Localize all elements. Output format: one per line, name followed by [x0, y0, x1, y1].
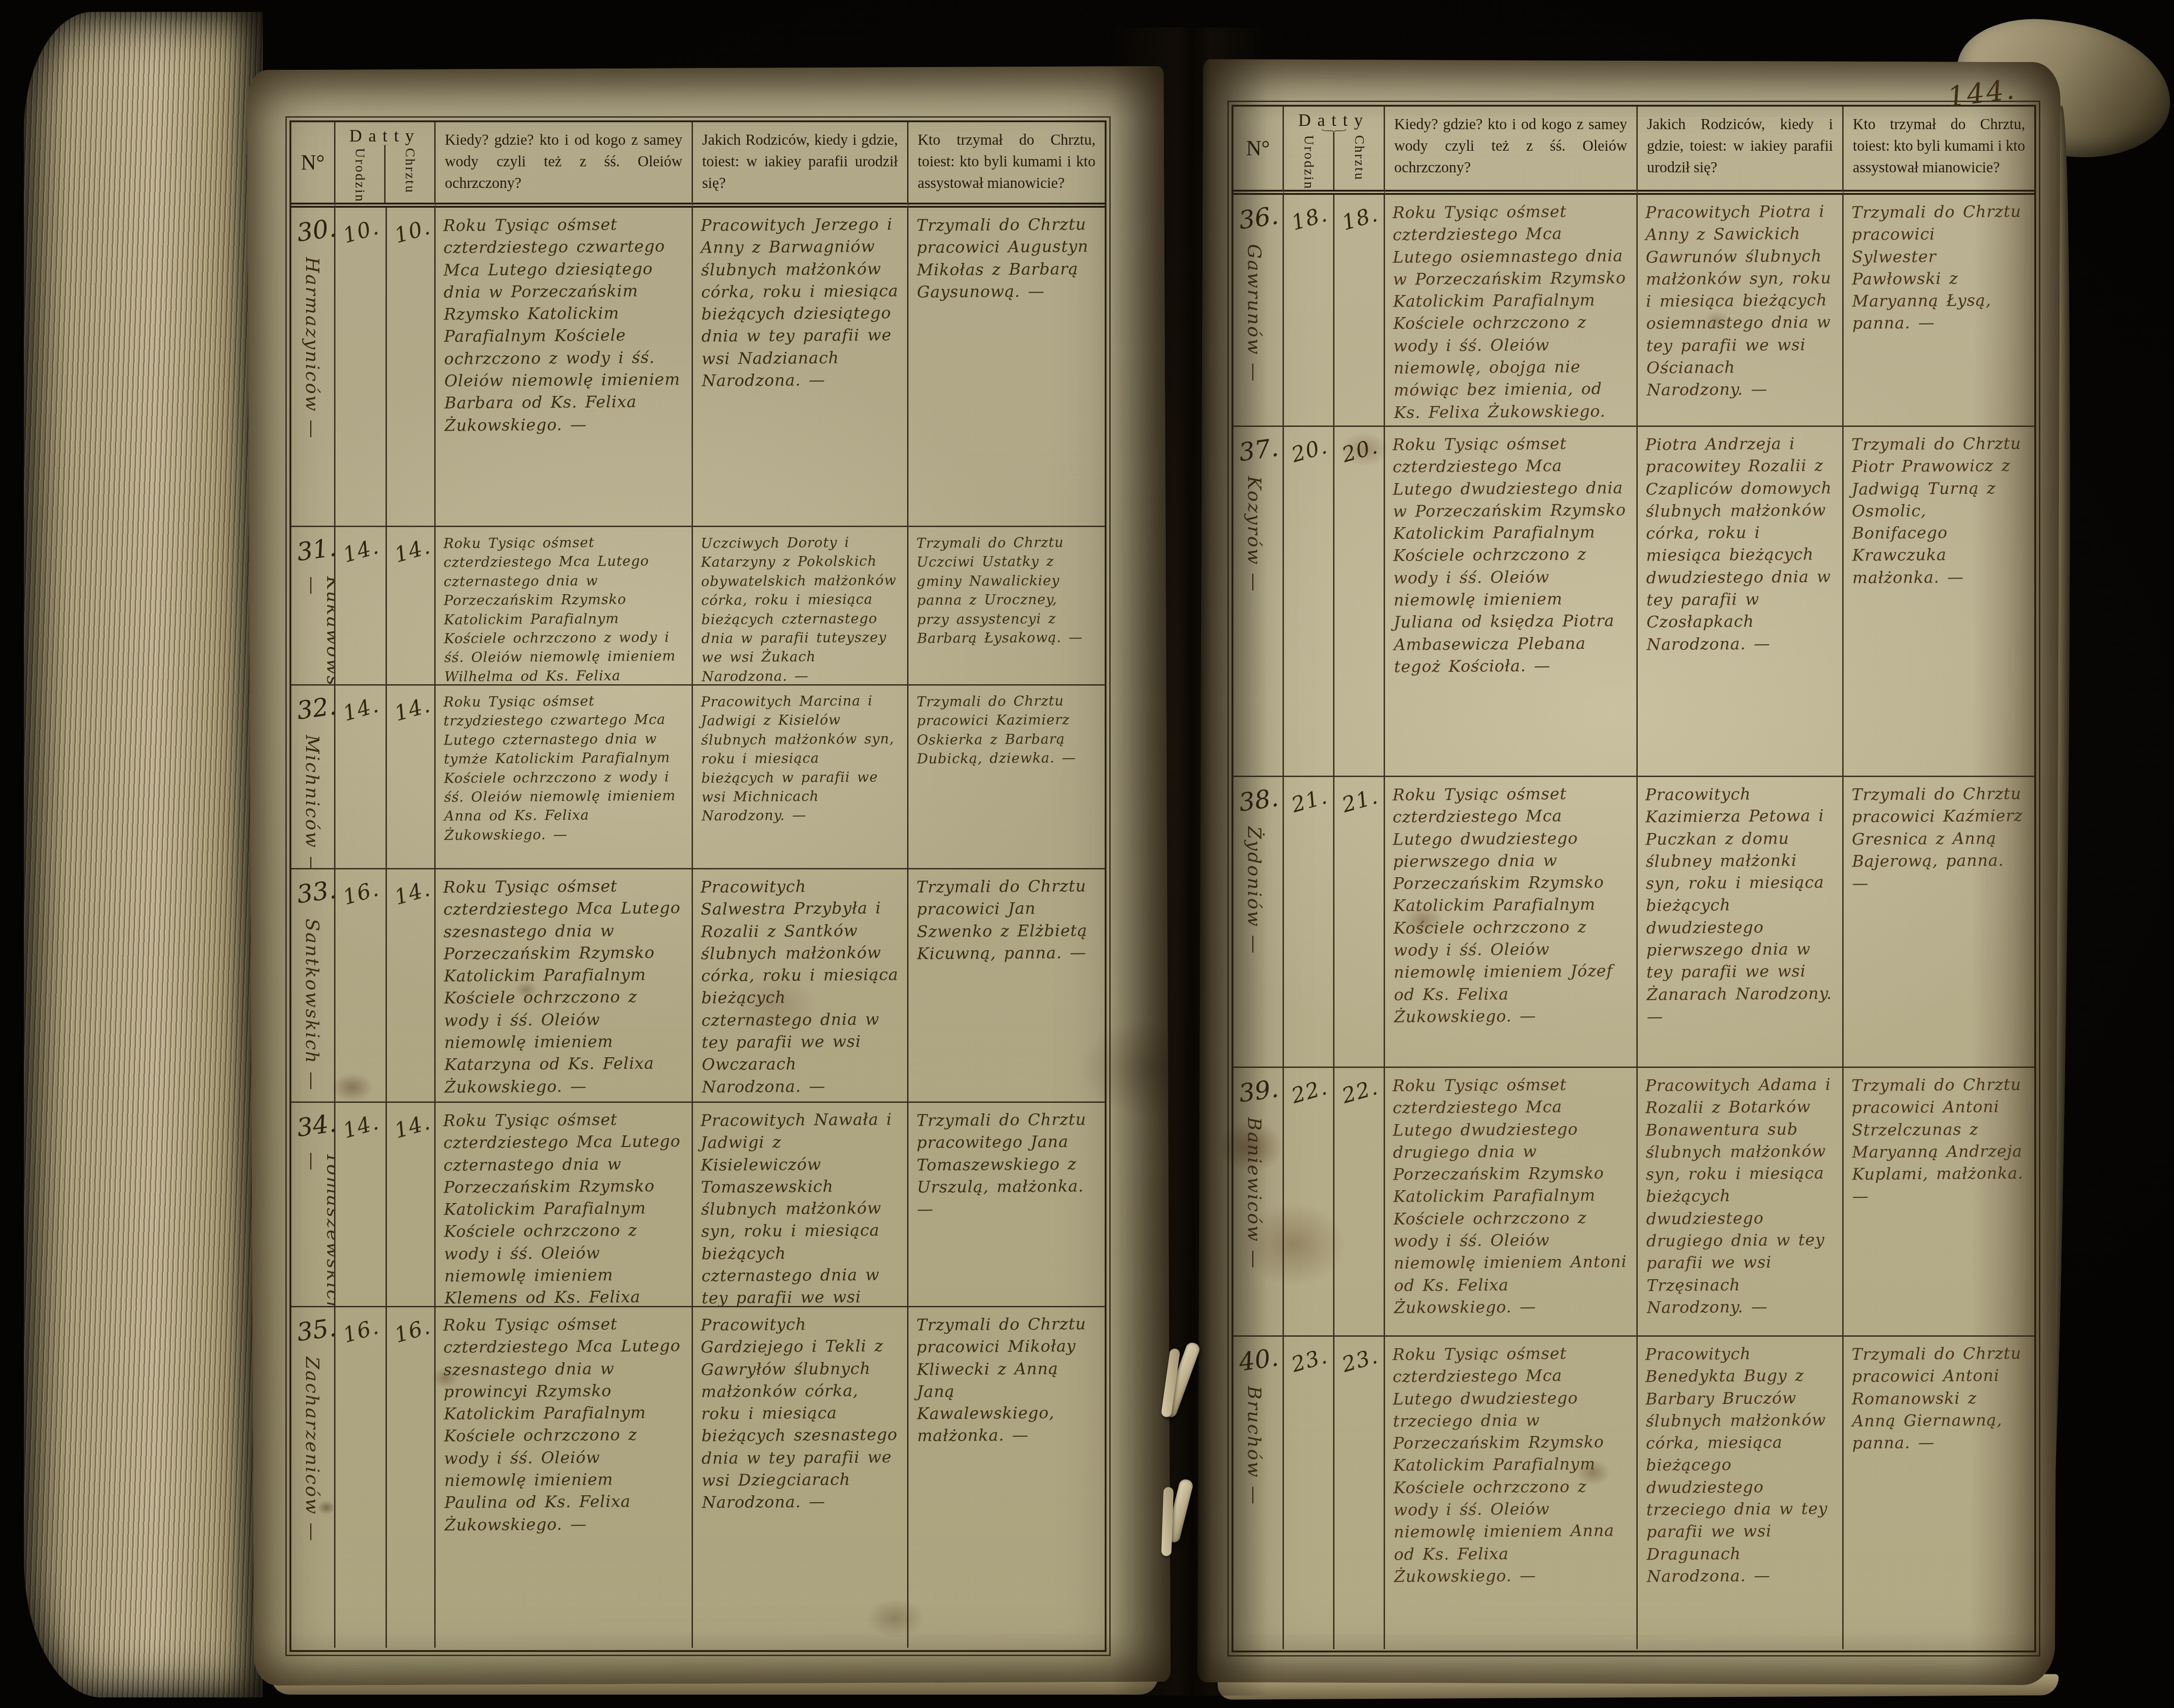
godparents-record-text: Trzymali do Chrztu pracowici Mikołay Kli…	[908, 1307, 1105, 1454]
entry-number: 37.	[1237, 432, 1284, 467]
baptism-date-cell: 14.	[387, 527, 436, 686]
godparents-record-text: Trzymali do Chrztu pracowici Kaźmierz Gr…	[1844, 777, 2034, 902]
parents-record-text: Pracowitych Nawała i Jadwigi z Kisielewi…	[693, 1103, 908, 1307]
godparents-record-cell: Trzymali do Chrztu Piotr Prawowicz z Jad…	[1844, 427, 2034, 777]
baptism-record-cell: Roku Tysiąc ośmset czterdziestego Mca Lu…	[1385, 195, 1638, 427]
birth-day: 10.	[340, 214, 382, 248]
entry-number: 38.	[1237, 783, 1284, 817]
birth-day: 18.	[1289, 201, 1330, 235]
column-header-parents: Jakich Rodziców, kiedy i gdzie, toiest: …	[1638, 107, 1844, 195]
binding-thread-lower	[1165, 1478, 1194, 1543]
birth-date-cell: 18.	[1284, 195, 1334, 427]
baptism-record-cell: Roku Tysiąc ośmset czterdziestego Mca Lu…	[1385, 427, 1638, 777]
parents-record-cell: Pracowitych Gardziejego i Tekli z Gawrył…	[693, 1307, 908, 1648]
godparents-record-cell: Trzymali do Chrztu pracowici Sylwester P…	[1844, 195, 2034, 427]
baptism-record-cell: Roku Tysiąc ośmset czterdziestego Mca Lu…	[436, 1103, 693, 1307]
baptism-day: 23.	[1339, 1343, 1381, 1377]
entry-number: 40.	[1237, 1342, 1284, 1377]
register-table-right: N° Datty Urodzin Chrztu Kiedy? gdzie? kt…	[1232, 105, 2036, 1652]
parents-record-cell: Pracowitych Piotra i Anny z Sawickich Ga…	[1638, 195, 1844, 427]
entry-number-cell: 37.Kozyrów —	[1233, 427, 1284, 777]
baptism-date-cell: 14.	[387, 1103, 436, 1307]
dates-header-label: Datty	[349, 126, 420, 146]
baptism-subcolumn: Chrztu	[1333, 132, 1384, 190]
margin-name: Harmazyniców —	[301, 257, 323, 439]
baptism-record-text: Roku Tysiąc ośmset trzydziestego czwarte…	[436, 686, 692, 851]
birth-date-cell: 14.	[335, 1103, 387, 1307]
column-header-number: N°	[1233, 107, 1284, 195]
parents-record-text: Pracowitych Gardziejego i Tekli z Gawrył…	[693, 1307, 908, 1521]
entry-number: 31.	[295, 533, 335, 567]
birth-header-label: Urodzin	[352, 145, 368, 203]
baptism-record-text: Roku Tysiąc ośmset czterdziestego Mca Lu…	[436, 869, 693, 1103]
parents-record-text: Pracowitych Kazimierza Petowa i Puczkan …	[1638, 777, 1843, 1035]
baptism-record-text: Roku Tysiąc ośmset czterdziestego Mca Lu…	[436, 1103, 693, 1307]
baptism-record-cell: Roku Tysiąc ośmset trzydziestego czwarte…	[436, 686, 693, 869]
baptism-day: 20.	[1339, 433, 1381, 467]
margin-name: Kukawowskich —	[301, 576, 335, 686]
margin-name: Kozyrów —	[1243, 476, 1265, 593]
parents-record-text: Pracowitych Benedykta Bugy z Barbary Bru…	[1638, 1337, 1843, 1595]
entry-number-cell: 32.Michniców —	[291, 686, 335, 869]
godparents-record-cell: Trzymali do Chrztu pracowici Jan Szwenko…	[908, 869, 1105, 1103]
baptism-record-cell: Roku Tysiąc ośmset czterdziestego Mca Lu…	[1385, 777, 1638, 1068]
birth-day: 21.	[1289, 783, 1330, 817]
baptism-record-text: Roku Tysiąc ośmset czterdziestego Mca Lu…	[1385, 777, 1637, 1035]
entry-number-cell: 38.Żydoniów —	[1233, 777, 1284, 1068]
margin-name: Żydoniów —	[1243, 826, 1265, 955]
baptism-header-label: Chrztu	[1351, 132, 1367, 190]
baptism-header-label: Chrztu	[402, 145, 418, 203]
parents-record-text: Pracowitych Jerzego i Anny z Barwagniów …	[693, 208, 908, 399]
column-header-godparents: Kto trzymał do Chrztu, toiest: kto byli …	[908, 122, 1105, 208]
baptism-record-cell: Roku Tysiąc ośmset czterdziestego Mca Lu…	[436, 527, 693, 686]
parents-record-text: Pracowitych Adama i Rozalii z Botarków B…	[1638, 1068, 1843, 1326]
birth-day: 16.	[340, 1314, 382, 1348]
birth-date-cell: 16.	[335, 869, 387, 1103]
dates-subcolumns: Urodzin Chrztu	[1284, 132, 1384, 190]
baptism-record-cell: Roku Tysiąc ośmset czterdziestego Mca Lu…	[1385, 1068, 1638, 1337]
parents-record-text: Pracowitych Piotra i Anny z Sawickich Ga…	[1638, 195, 1843, 408]
birth-date-cell: 14.	[335, 527, 387, 686]
baptism-record-text: Roku Tysiąc ośmset czterdziestego Mca Lu…	[1385, 195, 1637, 427]
entry-number: 32.	[295, 692, 335, 726]
baptism-date-cell: 10.	[387, 208, 436, 527]
baptism-date-cell: 14.	[387, 869, 436, 1103]
baptism-date-cell: 20.	[1334, 427, 1385, 777]
birth-header-label: Urodzin	[1301, 132, 1317, 190]
dates-subcolumns: Urodzin Chrztu	[335, 145, 434, 203]
birth-day: 22.	[1289, 1074, 1330, 1108]
entry-number: 30.	[295, 214, 335, 248]
baptism-record-text: Roku Tysiąc ośmset czterdziestego Mca Lu…	[1385, 1068, 1637, 1326]
birth-day: 20.	[1289, 433, 1330, 467]
baptism-date-cell: 16.	[387, 1307, 436, 1648]
column-header-godparents: Kto trzymał do Chrztu, toiest: kto byli …	[1844, 107, 2034, 195]
baptism-day: 14.	[392, 692, 433, 726]
godparents-record-text: Trzymali do Chrztu pracowici Sylwester P…	[1844, 195, 2034, 341]
parents-record-cell: Pracowitych Nawała i Jadwigi z Kisielewi…	[693, 1103, 908, 1307]
godparents-record-text: Trzymali do Chrztu pracowici Antoni Roma…	[1844, 1337, 2034, 1461]
godparents-record-cell: Trzymali do Chrztu pracowici Kaźmierz Gr…	[1844, 777, 2034, 1068]
baptism-record-text: Roku Tysiąc ośmset czterdziestego czwart…	[436, 208, 693, 443]
birth-day: 14.	[340, 692, 382, 726]
birth-day: 14.	[340, 1109, 382, 1143]
godparents-record-cell: Trzymali do Chrztu Uczciwi Ustatky z gmi…	[908, 527, 1105, 686]
baptism-day: 14.	[392, 876, 433, 910]
birth-date-cell: 21.	[1284, 777, 1334, 1068]
entry-number-cell: 35.Zacharzeniców —	[291, 1307, 335, 1648]
parents-record-cell: Pracowitych Marcina i Jadwigi z Kisielów…	[693, 686, 908, 869]
parents-record-text: Pracowitych Marcina i Jadwigi z Kisielów…	[693, 686, 908, 832]
column-header-dates: Datty Urodzin Chrztu	[335, 122, 436, 208]
margin-name: Zacharzeniców —	[301, 1356, 323, 1543]
baptism-day: 10.	[392, 214, 433, 248]
entry-number: 39.	[1237, 1073, 1284, 1108]
baptism-record-cell: Roku Tysiąc ośmset czterdziestego Mca Lu…	[436, 869, 693, 1103]
birth-date-cell: 20.	[1284, 427, 1334, 777]
baptism-record-text: Roku Tysiąc ośmset czterdziestego Mca Lu…	[436, 1307, 693, 1543]
baptism-day: 14.	[392, 533, 433, 567]
column-header-parents: Jakich Rodziców, kiedy i gdzie, toiest: …	[693, 122, 908, 208]
baptism-day: 22.	[1339, 1074, 1381, 1108]
birth-date-cell: 10.	[335, 208, 387, 527]
entry-number: 33.	[295, 875, 335, 909]
entry-number-cell: 39.Baniewiców —	[1233, 1068, 1284, 1337]
godparents-record-text: Trzymali do Chrztu pracowici Kazimierz O…	[908, 686, 1105, 775]
baptism-record-text: Roku Tysiąc ośmset czterdziestego Mca Lu…	[1385, 427, 1637, 685]
godparents-record-text: Trzymali do Chrztu Uczciwi Ustatky z gmi…	[908, 527, 1105, 655]
entry-number-cell: 33.Santkowskich —	[291, 869, 335, 1103]
baptism-record-cell: Roku Tysiąc ośmset czterdziestego Mca Lu…	[1385, 1337, 1638, 1649]
margin-name: Santkowskich —	[301, 919, 323, 1091]
parents-record-cell: Pracowitych Benedykta Bugy z Barbary Bru…	[1638, 1337, 1844, 1649]
godparents-record-cell: Trzymali do Chrztu pracowici Antoni Strz…	[1844, 1068, 2034, 1337]
margin-name: Baniewiców —	[1243, 1117, 1265, 1270]
number-header-label: N°	[1246, 136, 1270, 160]
margin-name: Bruchów —	[1243, 1386, 1265, 1505]
baptism-day: 21.	[1339, 783, 1381, 817]
baptism-record-text: Roku Tysiąc ośmset czterdziestego Mca Lu…	[436, 527, 692, 686]
margin-name: Michniców —	[301, 735, 323, 869]
entry-number-cell: 34.Tomaszewskich —	[291, 1103, 335, 1307]
godparents-record-cell: Trzymali do Chrztu pracowitego Jana Toma…	[908, 1103, 1105, 1307]
parents-record-cell: Pracowitych Kazimierza Petowa i Puczkan …	[1638, 777, 1844, 1068]
birth-subcolumn: Urodzin	[335, 145, 384, 203]
baptism-date-cell: 14.	[387, 686, 436, 869]
parents-record-cell: Piotra Andrzeja i pracowitey Rozalii z C…	[1638, 427, 1844, 777]
dates-header-label: Datty	[1298, 110, 1369, 131]
birth-date-cell: 23.	[1284, 1337, 1334, 1649]
number-header-label: N°	[301, 150, 325, 175]
entry-number: 34.	[295, 1109, 335, 1143]
baptism-record-cell: Roku Tysiąc ośmset czterdziestego czwart…	[436, 208, 693, 527]
birth-day: 16.	[340, 876, 382, 910]
birth-day: 14.	[340, 533, 382, 567]
godparents-record-cell: Trzymali do Chrztu pracowici Augustyn Mi…	[908, 208, 1105, 527]
entry-number-cell: 40.Bruchów —	[1233, 1337, 1284, 1649]
baptism-day: 18.	[1339, 201, 1381, 235]
baptism-day: 14.	[392, 1109, 433, 1143]
baptism-date-cell: 18.	[1334, 195, 1385, 427]
entry-number-cell: 36.Gawrunów —	[1233, 195, 1284, 427]
parents-record-cell: Pracowitych Adama i Rozalii z Botarków B…	[1638, 1068, 1844, 1337]
birth-date-cell: 16.	[335, 1307, 387, 1648]
birth-day: 23.	[1289, 1343, 1330, 1377]
parents-record-cell: Uczciwych Doroty i Katarzyny z Pokolskic…	[693, 527, 908, 686]
baptism-day: 16.	[392, 1314, 433, 1348]
parents-record-text: Uczciwych Doroty i Katarzyny z Pokolskic…	[693, 527, 908, 686]
column-header-dates: Datty Urodzin Chrztu	[1284, 107, 1385, 195]
entry-number: 35.	[295, 1313, 335, 1347]
godparents-record-cell: Trzymali do Chrztu pracowici Kazimierz O…	[908, 686, 1105, 869]
entry-number-cell: 31.Kukawowskich —	[291, 527, 335, 686]
column-header-number: N°	[291, 122, 335, 208]
godparents-record-text: Trzymali do Chrztu Piotr Prawowicz z Jad…	[1844, 427, 2034, 596]
column-header-baptism: Kiedy? gdzie? kto i od kogo z samey wody…	[1385, 107, 1638, 195]
register-table-left: N° Datty Urodzin Chrztu Kiedy? gdzie? kt…	[289, 120, 1107, 1652]
entry-number: 36.	[1237, 200, 1284, 235]
parents-record-text: Piotra Andrzeja i pracowitey Rozalii z C…	[1638, 427, 1843, 663]
parents-record-text: Pracowitych Salwestra Przybyła i Rozalii…	[693, 869, 908, 1103]
margin-name: Tomaszewskich —	[301, 1152, 335, 1307]
godparents-record-text: Trzymali do Chrztu pracowitego Jana Toma…	[908, 1103, 1105, 1227]
birth-date-cell: 22.	[1284, 1068, 1334, 1337]
birth-date-cell: 14.	[335, 686, 387, 869]
godparents-record-text: Trzymali do Chrztu pracowici Jan Szwenko…	[908, 869, 1105, 972]
margin-name: Gawrunów —	[1243, 244, 1265, 383]
baptism-subcolumn: Chrztu	[384, 145, 434, 203]
brace-glyph	[1289, 129, 1379, 132]
godparents-record-cell: Trzymali do Chrztu pracowici Mikołay Kli…	[908, 1307, 1105, 1648]
entry-number-cell: 30.Harmazyniców —	[291, 208, 335, 527]
baptism-record-cell: Roku Tysiąc ośmset czterdziestego Mca Lu…	[436, 1307, 693, 1648]
parents-record-cell: Pracowitych Jerzego i Anny z Barwagniów …	[693, 208, 908, 527]
godparents-record-cell: Trzymali do Chrztu pracowici Antoni Roma…	[1844, 1337, 2034, 1649]
baptism-date-cell: 23.	[1334, 1337, 1385, 1649]
column-header-baptism: Kiedy? gdzie? kto i od kogo z samey wody…	[436, 122, 693, 208]
baptism-record-text: Roku Tysiąc ośmset czterdziestego Mca Lu…	[1385, 1337, 1637, 1595]
scanned-register-book: { "folio": "144.", "header": { "no": "N°…	[0, 0, 2174, 1708]
book-page-edges-left	[24, 12, 263, 1697]
godparents-record-text: Trzymali do Chrztu pracowici Augustyn Mi…	[908, 208, 1105, 310]
baptism-date-cell: 21.	[1334, 777, 1385, 1068]
parents-record-cell: Pracowitych Salwestra Przybyła i Rozalii…	[693, 869, 908, 1103]
godparents-record-text: Trzymali do Chrztu pracowici Antoni Strz…	[1844, 1068, 2034, 1214]
birth-subcolumn: Urodzin	[1284, 132, 1333, 190]
baptism-date-cell: 22.	[1334, 1068, 1385, 1337]
